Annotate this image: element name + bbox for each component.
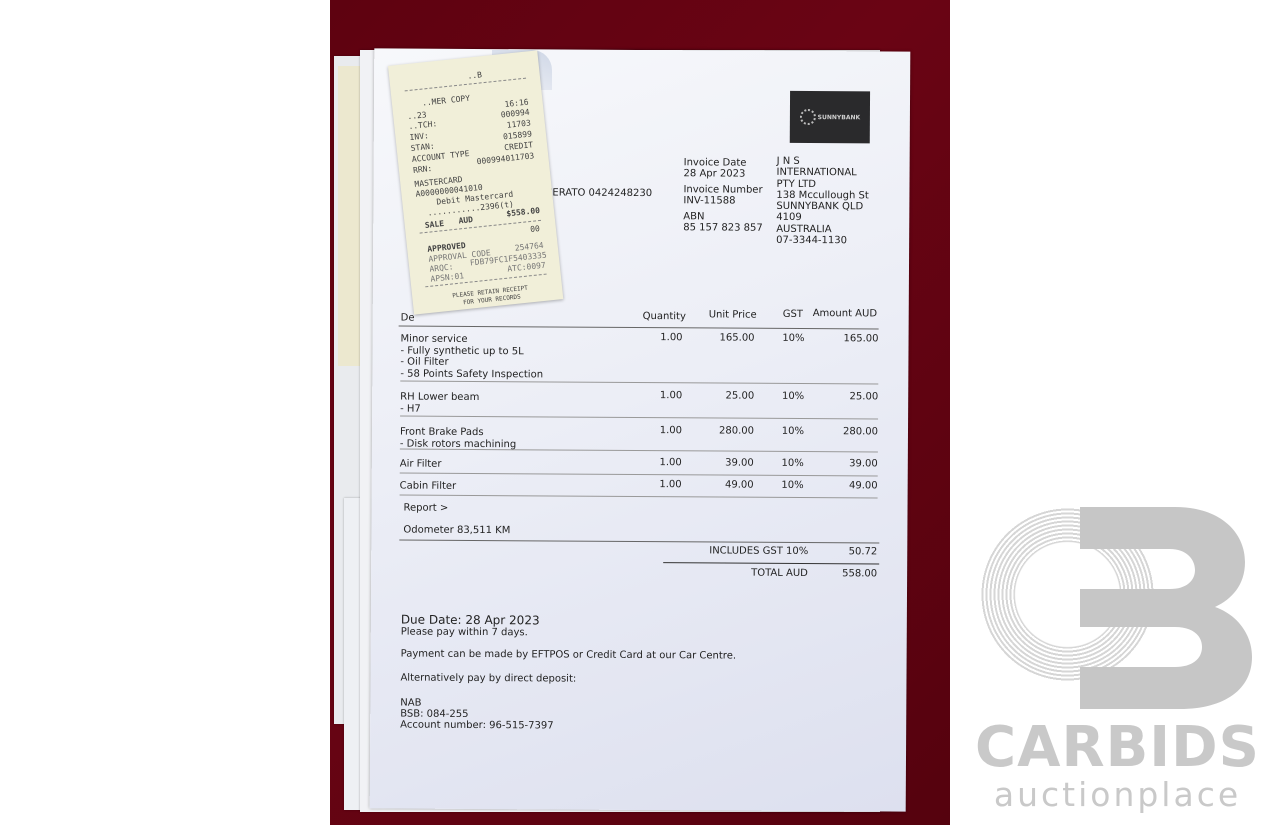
company-address: J N S INTERNATIONAL PTY LTD 138 Mccullou… bbox=[776, 156, 869, 247]
company-logo: SUNNYBANK bbox=[790, 91, 870, 143]
item-description-line: RH Lower beam bbox=[400, 392, 479, 404]
note-odometer: Odometer 83,511 KM bbox=[403, 525, 510, 538]
item-unit-price: 280.00 bbox=[702, 425, 754, 436]
receipt-line-label: RRN: bbox=[413, 164, 433, 175]
receipt-line-value: 000994011703 bbox=[476, 151, 534, 166]
item-gst: 10% bbox=[780, 391, 804, 402]
receipt-line-label: INV: bbox=[409, 131, 429, 142]
item-quantity: 1.00 bbox=[642, 390, 682, 401]
logo-ring-icon bbox=[800, 109, 816, 125]
pay-within: Please pay within 7 days. bbox=[401, 627, 528, 640]
item-description-line: Front Brake Pads bbox=[400, 427, 516, 439]
invoice-date: 28 Apr 2023 bbox=[684, 168, 764, 179]
abn-value: 85 157 823 857 bbox=[683, 222, 763, 233]
receipt-currency: AUD bbox=[458, 215, 473, 225]
receipt-line-value: 11703 bbox=[506, 118, 531, 129]
item-divider bbox=[400, 449, 878, 453]
col-gst: GST bbox=[783, 309, 803, 320]
bank-account: Account number: 96-515-7397 bbox=[400, 720, 554, 733]
item-description-line: Minor service bbox=[401, 334, 544, 346]
company-line: PTY LTD bbox=[776, 178, 868, 190]
item-gst: 10% bbox=[780, 458, 804, 469]
item-quantity: 1.00 bbox=[642, 479, 682, 490]
item-description-line: - 58 Points Safety Inspection bbox=[400, 368, 543, 380]
item-quantity: 1.00 bbox=[643, 332, 683, 343]
col-amount: Amount AUD bbox=[813, 308, 877, 319]
item-gst: 10% bbox=[781, 333, 805, 344]
gst-total: 50.72 bbox=[811, 546, 877, 557]
receipt-line-label: ..TCH: bbox=[408, 119, 438, 131]
company-line: 4109 bbox=[776, 212, 868, 224]
item-divider bbox=[400, 473, 878, 477]
receipt-sale-label: SALE bbox=[424, 219, 444, 230]
item-divider bbox=[400, 416, 878, 420]
direct-deposit: Alternatively pay by direct deposit: bbox=[400, 673, 576, 686]
total-label: TOTAL AUD bbox=[751, 568, 808, 579]
company-line: J N S bbox=[777, 156, 869, 168]
item-amount: 49.00 bbox=[812, 480, 878, 491]
invoice-photo: D F P A N B A A R SUNNYBANK CERATO 04242… bbox=[330, 0, 950, 825]
header-divider bbox=[399, 326, 879, 330]
notes-divider bbox=[399, 540, 879, 544]
abn-label: ABN bbox=[683, 211, 763, 222]
watermark-brand: CARBIDS bbox=[975, 715, 1260, 780]
note-report: Report > bbox=[403, 503, 448, 515]
item-quantity: 1.00 bbox=[642, 425, 682, 436]
company-line: AUSTRALIA bbox=[776, 224, 868, 236]
col-quantity: Quantity bbox=[643, 311, 686, 322]
logo-text: SUNNYBANK bbox=[818, 114, 861, 121]
item-unit-price: 25.00 bbox=[702, 390, 754, 401]
item-amount: 165.00 bbox=[813, 333, 879, 344]
item-gst: 10% bbox=[780, 480, 804, 491]
receipt-header: ..B bbox=[467, 70, 482, 80]
receipt-line-value: CREDIT bbox=[504, 140, 534, 152]
total-divider bbox=[663, 562, 879, 564]
item-description: Cabin Filter bbox=[400, 481, 457, 493]
item-amount: 25.00 bbox=[812, 391, 878, 402]
item-amount: 280.00 bbox=[812, 426, 878, 437]
item-description: Air Filter bbox=[400, 459, 442, 471]
col-description: De bbox=[401, 313, 415, 324]
item-gst: 10% bbox=[780, 426, 804, 437]
item-unit-price: 165.00 bbox=[703, 332, 755, 343]
item-description-line: - Fully synthetic up to 5L bbox=[400, 345, 543, 357]
company-line: 07-3344-1130 bbox=[776, 235, 868, 247]
gst-label: INCLUDES GST 10% bbox=[709, 545, 808, 557]
item-description: Minor service- Fully synthetic up to 5L-… bbox=[400, 334, 543, 381]
receipt-response-code: 00 bbox=[530, 224, 541, 234]
company-line: SUNNYBANK QLD bbox=[776, 201, 868, 213]
col-unit-price: Unit Price bbox=[709, 309, 757, 320]
receipt-line-value: 015899 bbox=[503, 129, 533, 141]
invoice-number-label: Invoice Number bbox=[683, 184, 763, 195]
payment-methods: Payment can be made by EFTPOS or Credit … bbox=[401, 649, 737, 663]
item-unit-price: 49.00 bbox=[702, 479, 754, 490]
invoice-number: INV-11588 bbox=[683, 195, 763, 206]
letter-b-icon bbox=[1080, 507, 1252, 709]
due-date: Due Date: 28 Apr 2023 bbox=[401, 613, 540, 628]
receipt-line-label: STAN: bbox=[410, 142, 435, 153]
item-description-line: Cabin Filter bbox=[400, 481, 457, 493]
item-description: Front Brake Pads- Disk rotors machining bbox=[400, 427, 516, 451]
company-line: INTERNATIONAL bbox=[777, 167, 869, 179]
receipt-divider bbox=[405, 78, 526, 92]
item-unit-price: 39.00 bbox=[702, 457, 754, 468]
item-quantity: 1.00 bbox=[642, 457, 682, 468]
invoice-meta: Invoice Date 28 Apr 2023 Invoice Number … bbox=[683, 157, 763, 233]
item-description: RH Lower beam- H7 bbox=[400, 392, 479, 415]
item-amount: 39.00 bbox=[812, 458, 878, 469]
item-description-line: Air Filter bbox=[400, 459, 442, 471]
item-description-line: - H7 bbox=[400, 403, 479, 415]
item-description-line: - Oil Filter bbox=[400, 357, 543, 369]
company-line: 138 Mccullough St bbox=[776, 190, 868, 202]
item-divider bbox=[400, 495, 878, 499]
eftpos-receipt: ..B ..MER COPY ..23 16:16 ..TCH:000994IN… bbox=[388, 50, 563, 314]
vehicle-reference: CERATO 0424248230 bbox=[545, 187, 652, 199]
invoice-date-label: Invoice Date bbox=[684, 157, 764, 168]
item-divider bbox=[400, 381, 878, 385]
receipt-copy-label: ..MER COPY bbox=[422, 94, 471, 108]
carbids-watermark: CARBIDS auctionplace bbox=[975, 505, 1260, 815]
watermark-tagline: auctionplace bbox=[975, 775, 1260, 814]
total-amount: 558.00 bbox=[811, 568, 877, 579]
receipt-line-value: 000994 bbox=[500, 107, 530, 119]
